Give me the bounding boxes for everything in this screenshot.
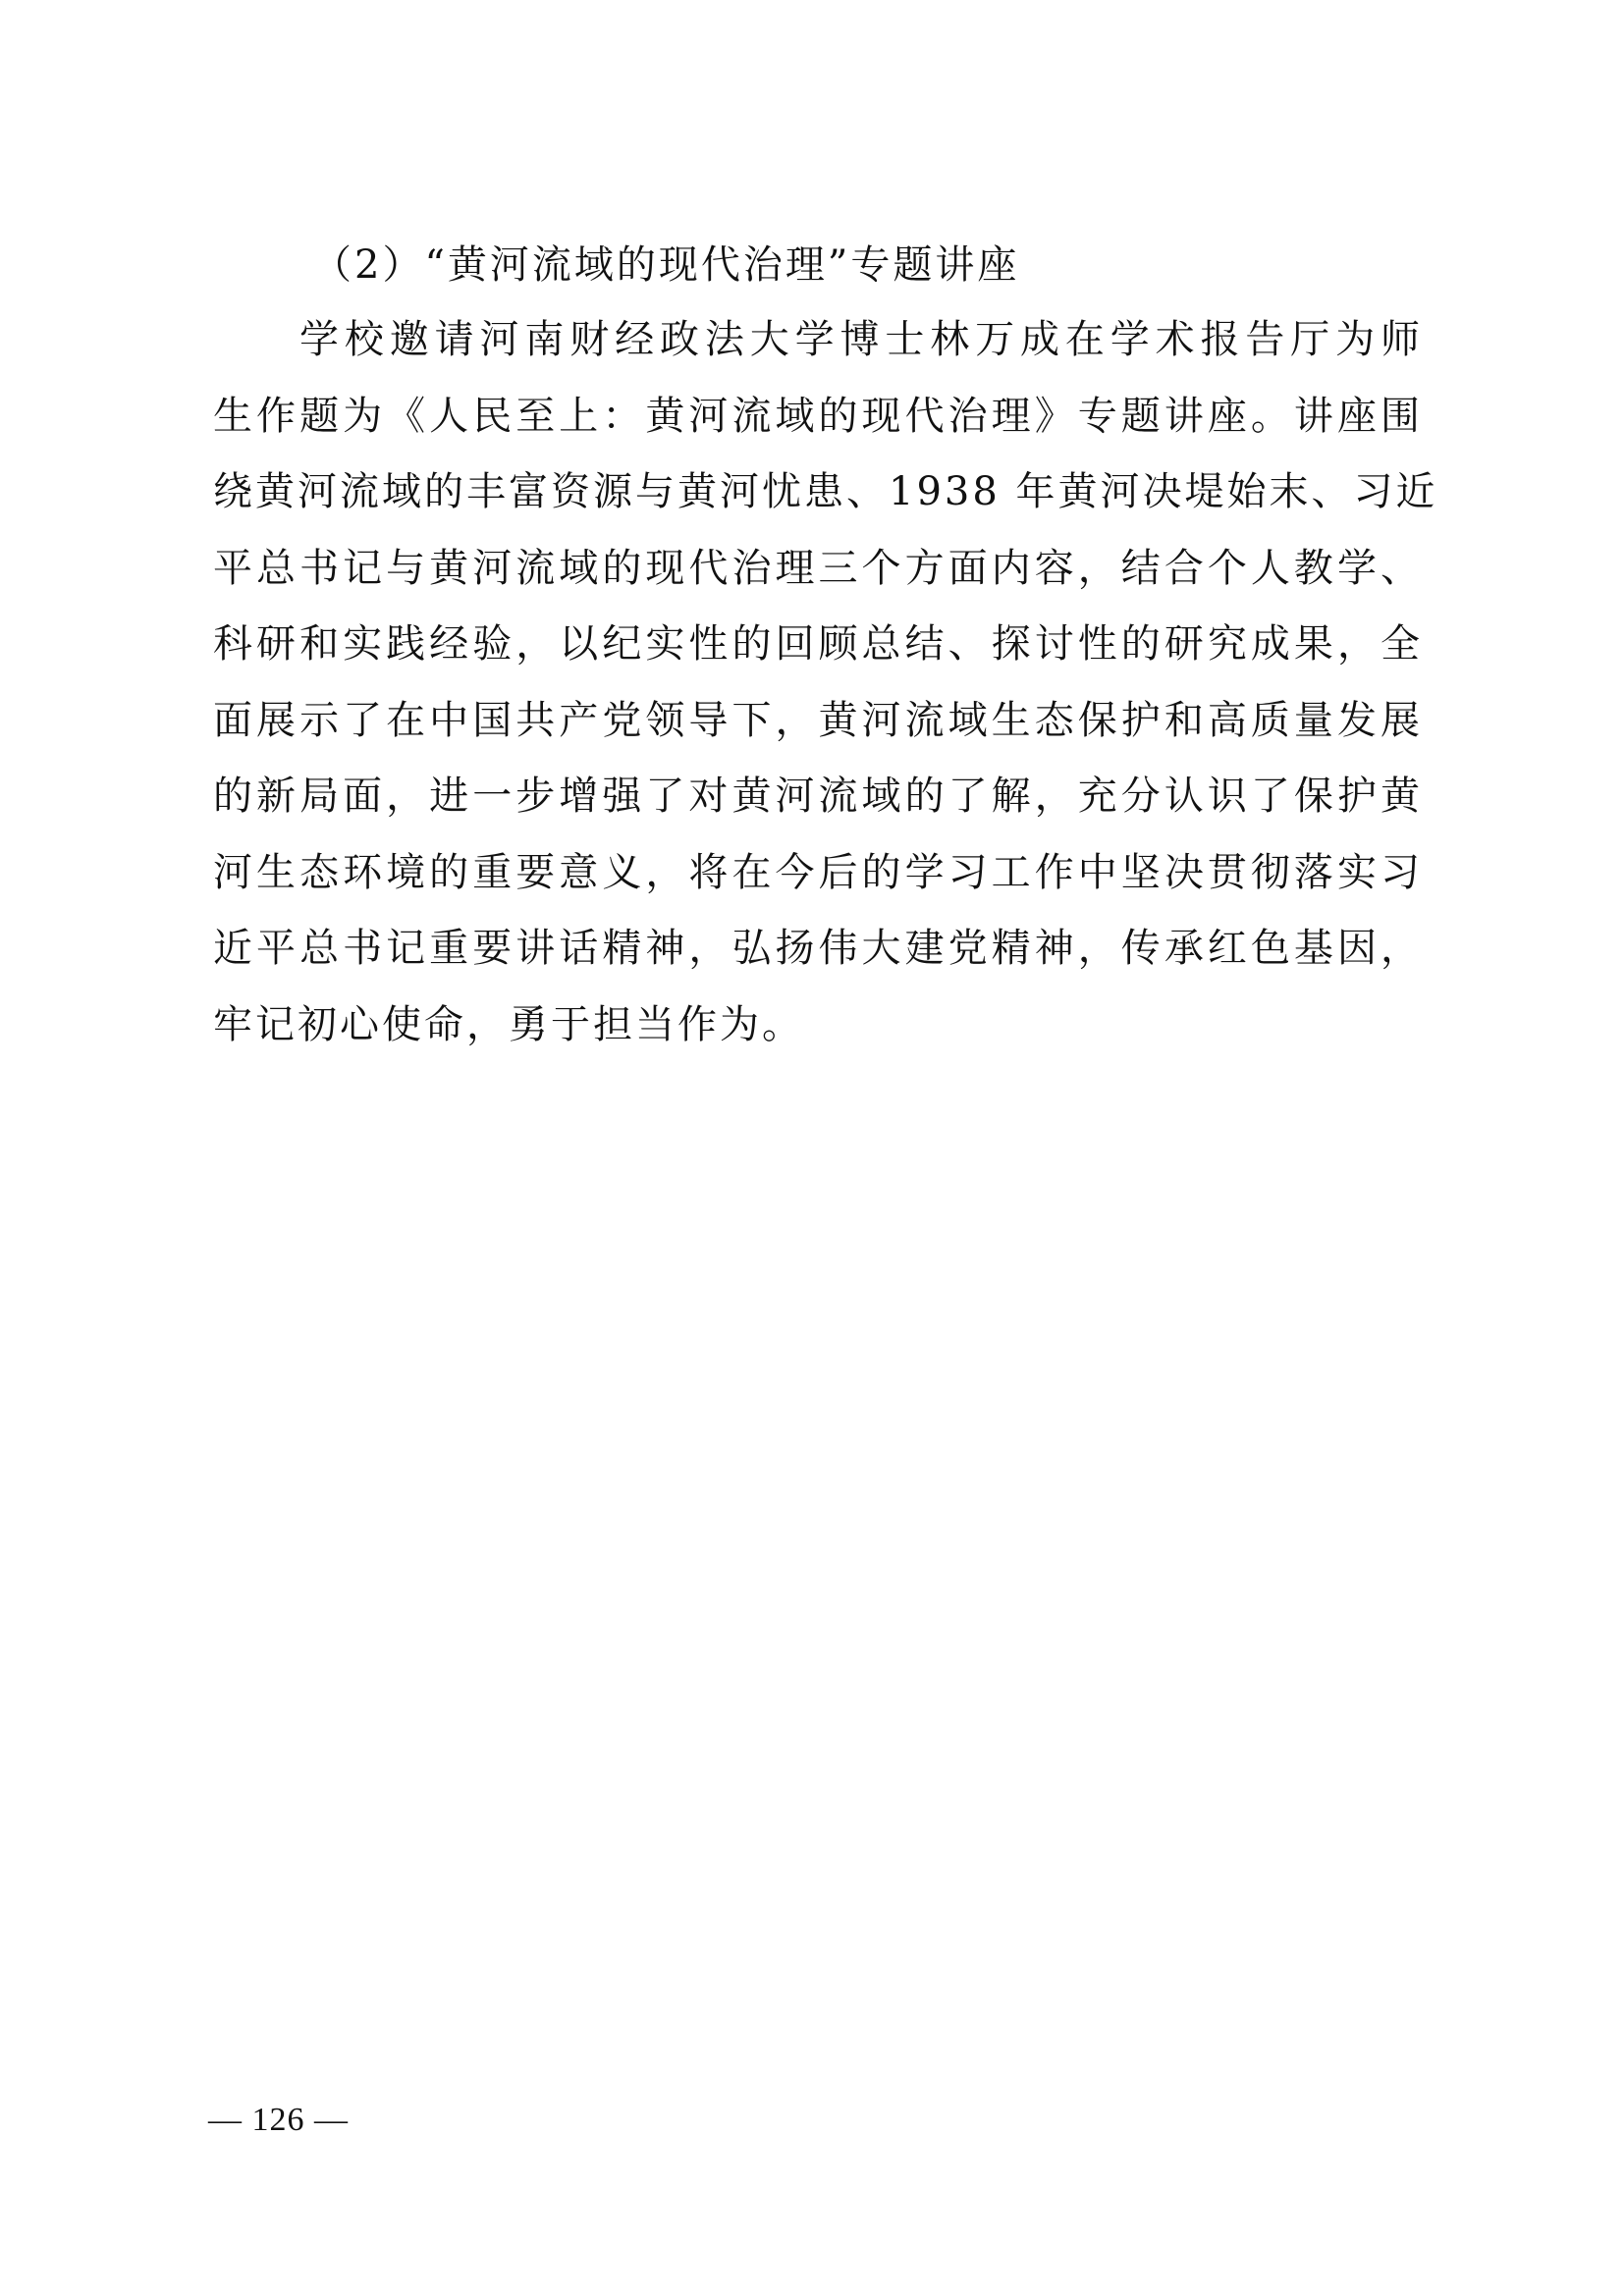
page-number: — 126 — bbox=[208, 2099, 349, 2142]
paragraph-line: 的新局面，进一步增强了对黄河流域的了解，充分认识了保护黄 bbox=[213, 773, 1423, 820]
paragraph-line: 近平总书记重要讲话精神，弘扬伟大建党精神，传承红色基因， bbox=[213, 925, 1423, 972]
paragraph-line: 面展示了在中国共产党领导下，黄河流域生态保护和高质量发展 bbox=[213, 697, 1423, 744]
paragraph-line: 河生态环境的重要意义，将在今后的学习工作中坚决贯彻落实习 bbox=[213, 849, 1423, 896]
paragraph-line: 生作题为《人民至上：黄河流域的现代治理》专题讲座。讲座围 bbox=[213, 393, 1423, 440]
section-heading: （2）“黄河流域的现代治理”专题讲座 bbox=[312, 241, 1078, 289]
document-page: （2）“黄河流域的现代治理”专题讲座 学校邀请河南财经政法大学博士林万成在学术报… bbox=[0, 0, 1624, 2296]
paragraph-line: 牢记初心使命，勇于担当作为。 bbox=[213, 1001, 1423, 1048]
paragraph-line: 科研和实践经验，以纪实性的回顾总结、探讨性的研究成果，全 bbox=[213, 620, 1423, 667]
paragraph-line: 绕黄河流域的丰富资源与黄河忧患、1938 年黄河决堤始末、习近 bbox=[213, 468, 1423, 515]
paragraph-line: 学校邀请河南财经政法大学博士林万成在学术报告厅为师 bbox=[299, 316, 1423, 363]
paragraph-line: 平总书记与黄河流域的现代治理三个方面内容，结合个人教学、 bbox=[213, 545, 1423, 592]
